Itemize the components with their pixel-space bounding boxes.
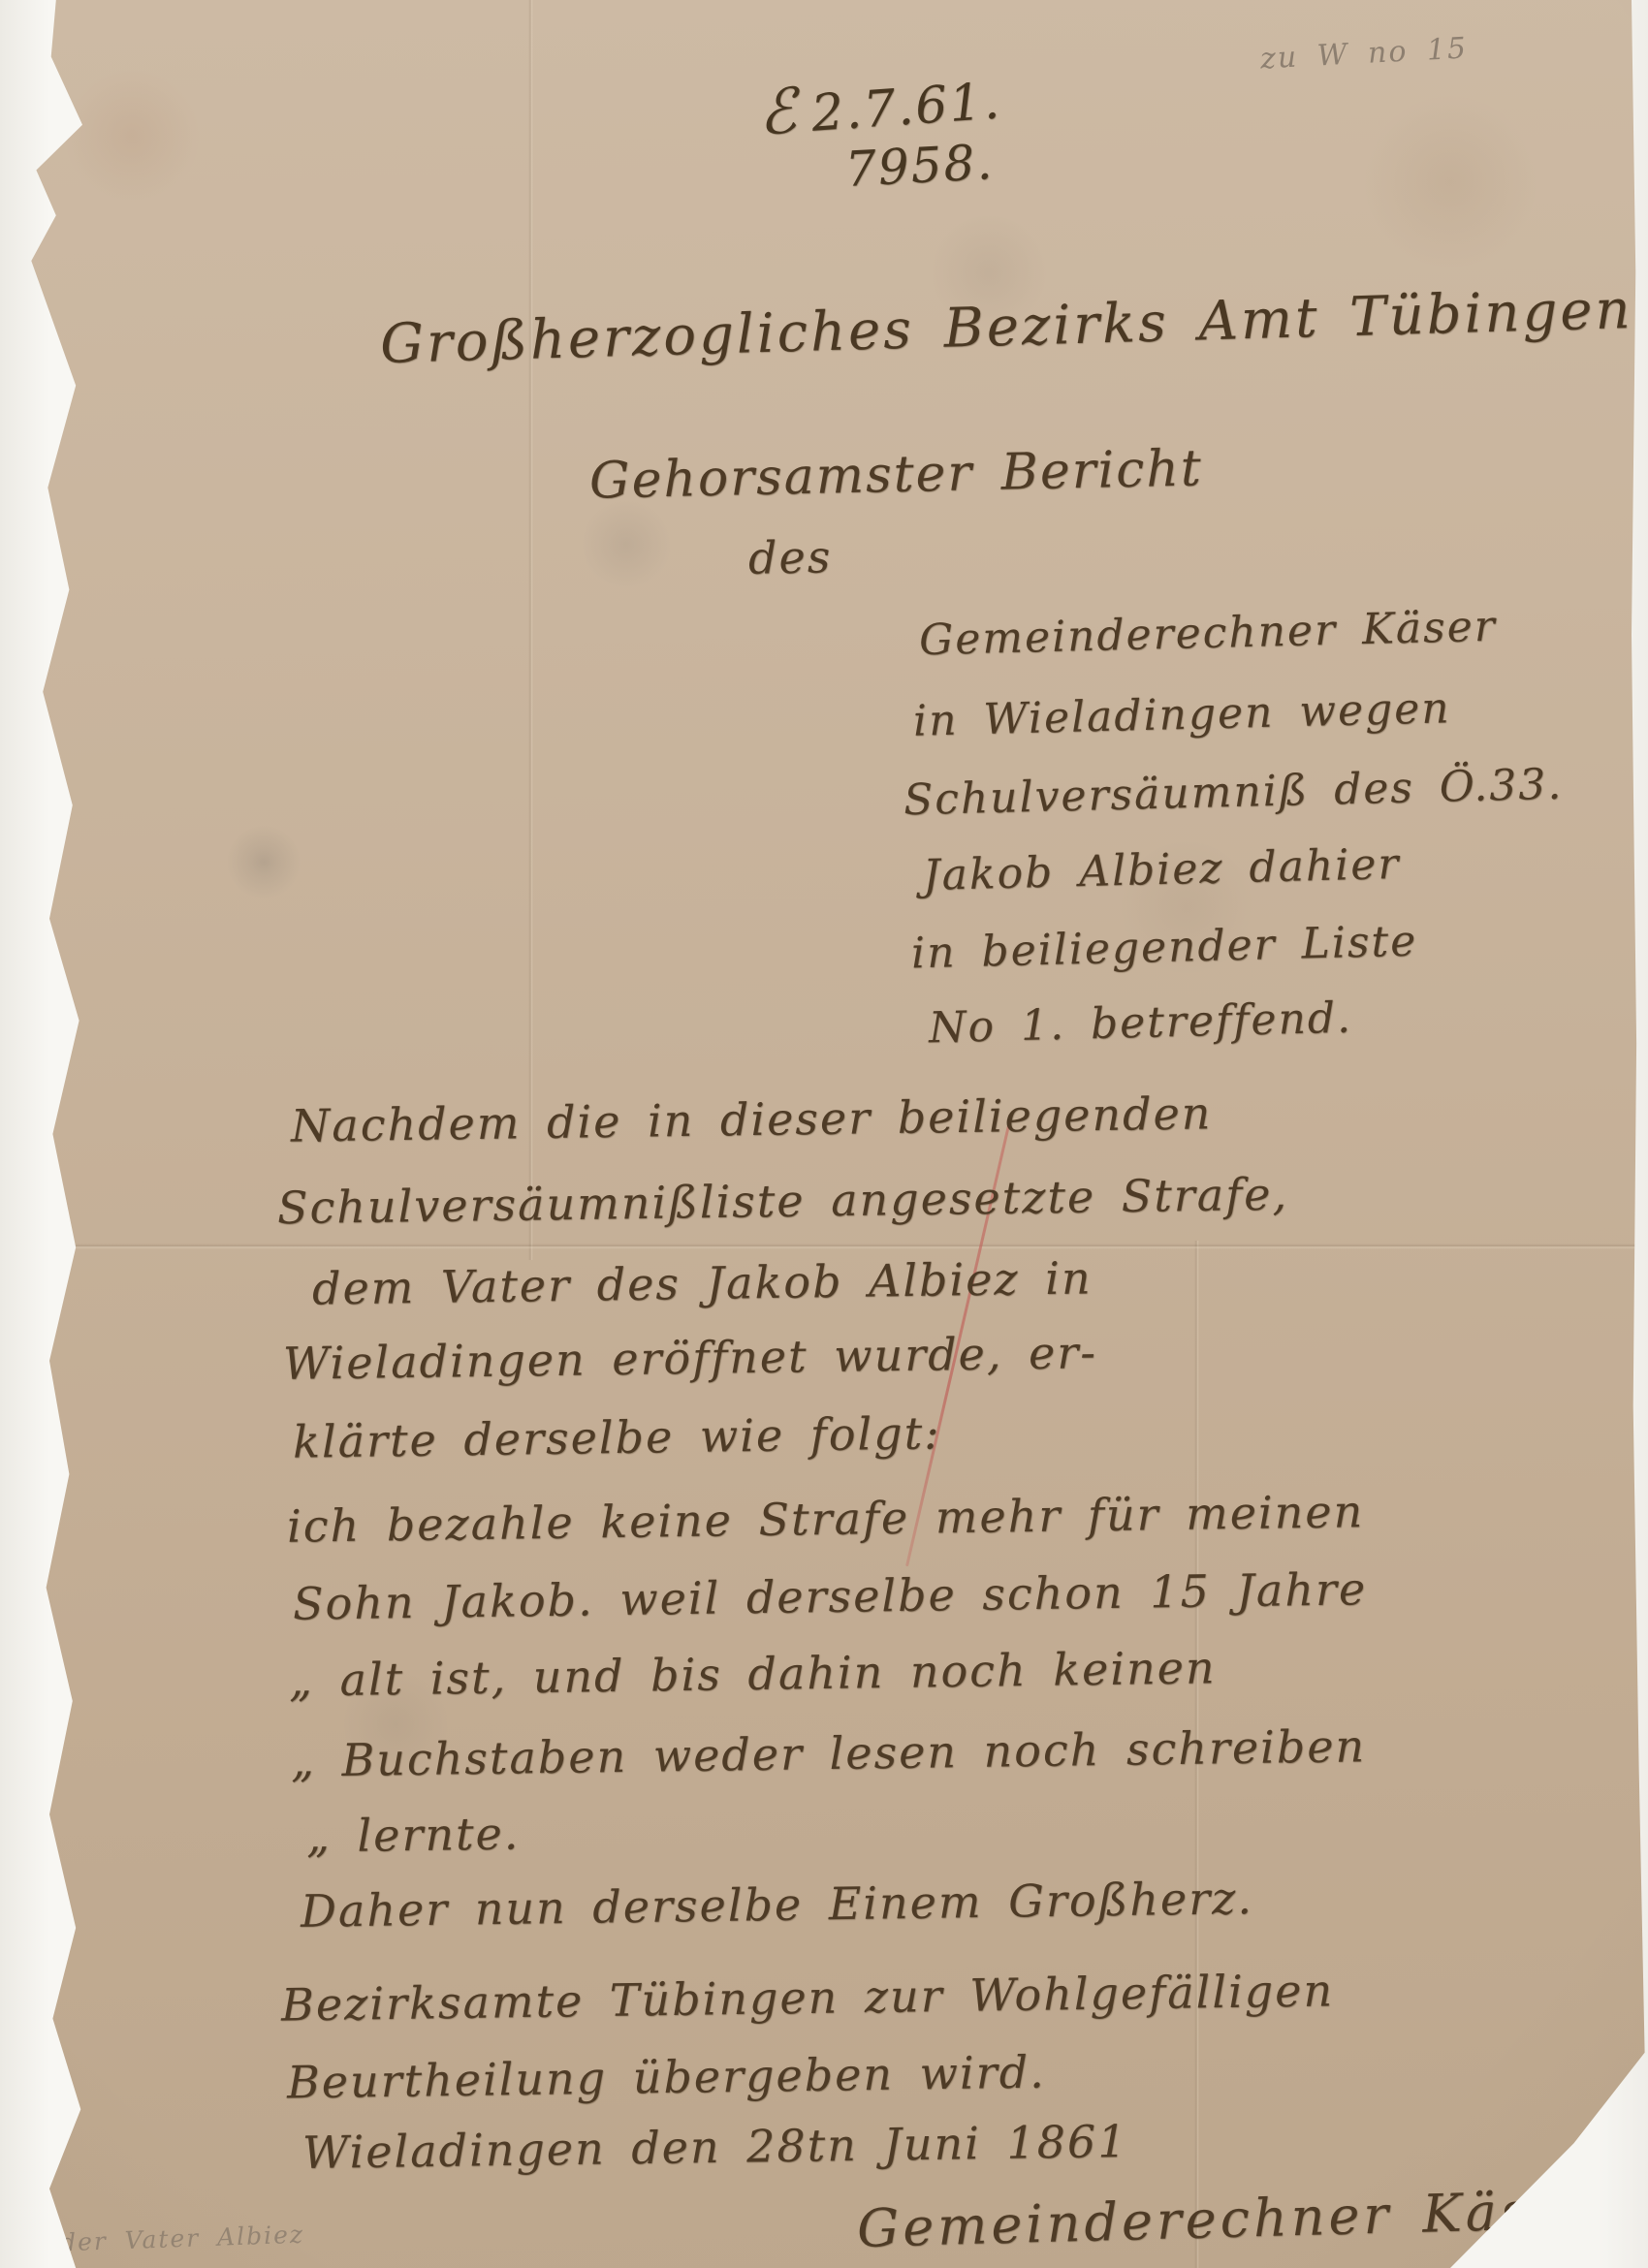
pencil-archive-note: der Vater Albiez — [60, 2221, 305, 2257]
horizontal-fold-crease — [0, 1244, 1648, 1249]
body-line: „ alt ist, und bis dahin noch keinen — [289, 1641, 1217, 1706]
body-line: Nachdem die in dieser beiliegenden — [291, 1087, 1213, 1151]
body-line: Wieladingen eröffnet wurde, er- — [283, 1326, 1098, 1390]
body-line: klärte derselbe wie folgt: — [293, 1406, 941, 1467]
body-line: Schulversäumnißliste angesetzte Strafe, — [277, 1168, 1289, 1235]
vertical-fold-crease-top — [528, 0, 533, 1260]
subject-line: Gemeinderechner Käser — [918, 602, 1497, 666]
registry-paraph-flourish: ℰ — [756, 76, 801, 150]
body-line: ich bezahle keine Strafe mehr für meinen — [287, 1485, 1365, 1553]
body-line: dem Vater des Jakob Albiez in — [312, 1251, 1093, 1314]
report-of-word: des — [748, 530, 833, 583]
body-line: Bezirksamte Tübingen zur Wohlgefälligen — [281, 1964, 1335, 2031]
body-line: „ lernte. — [306, 1807, 521, 1862]
letter-heading: Großherzogliches Bezirks Amt Tübingen — [379, 278, 1633, 376]
registry-date: 2.7.61. — [809, 72, 1003, 143]
aged-paper-sheet: zu W no 15 ℰ2.7.61. 7958. Großherzoglich… — [0, 0, 1648, 2268]
scanned-letter-page: { "colors": { "paper": "#c8b49c", "scann… — [0, 0, 1648, 2268]
report-title: Gehorsamster Bericht — [588, 439, 1203, 510]
signature: Gemeinderechner Käser — [856, 2179, 1596, 2259]
subject-line: in Wieladingen wegen — [912, 683, 1451, 746]
subject-line: Schulversäumniß des Ö.33. — [903, 760, 1563, 826]
body-line: Daher nun derselbe Einem Großherz. — [301, 1872, 1254, 1937]
body-line: Beurtheilung übergeben wird. — [287, 2046, 1046, 2109]
subject-line: in beiliegender Liste — [910, 917, 1417, 979]
pencil-filing-note: zu W no 15 — [1259, 31, 1469, 76]
subject-line: Jakob Albiez dahier — [922, 839, 1400, 900]
dateline: Wieladingen den 28tn Juni 1861 — [302, 2115, 1128, 2179]
registry-number: 7958. — [844, 134, 996, 198]
body-line: „ Buchstaben weder lesen noch schreiben — [291, 1719, 1367, 1786]
body-line: Sohn Jakob. weil derselbe schon 15 Jahre — [293, 1562, 1368, 1629]
subject-line: No 1. betreffend. — [928, 993, 1352, 1054]
